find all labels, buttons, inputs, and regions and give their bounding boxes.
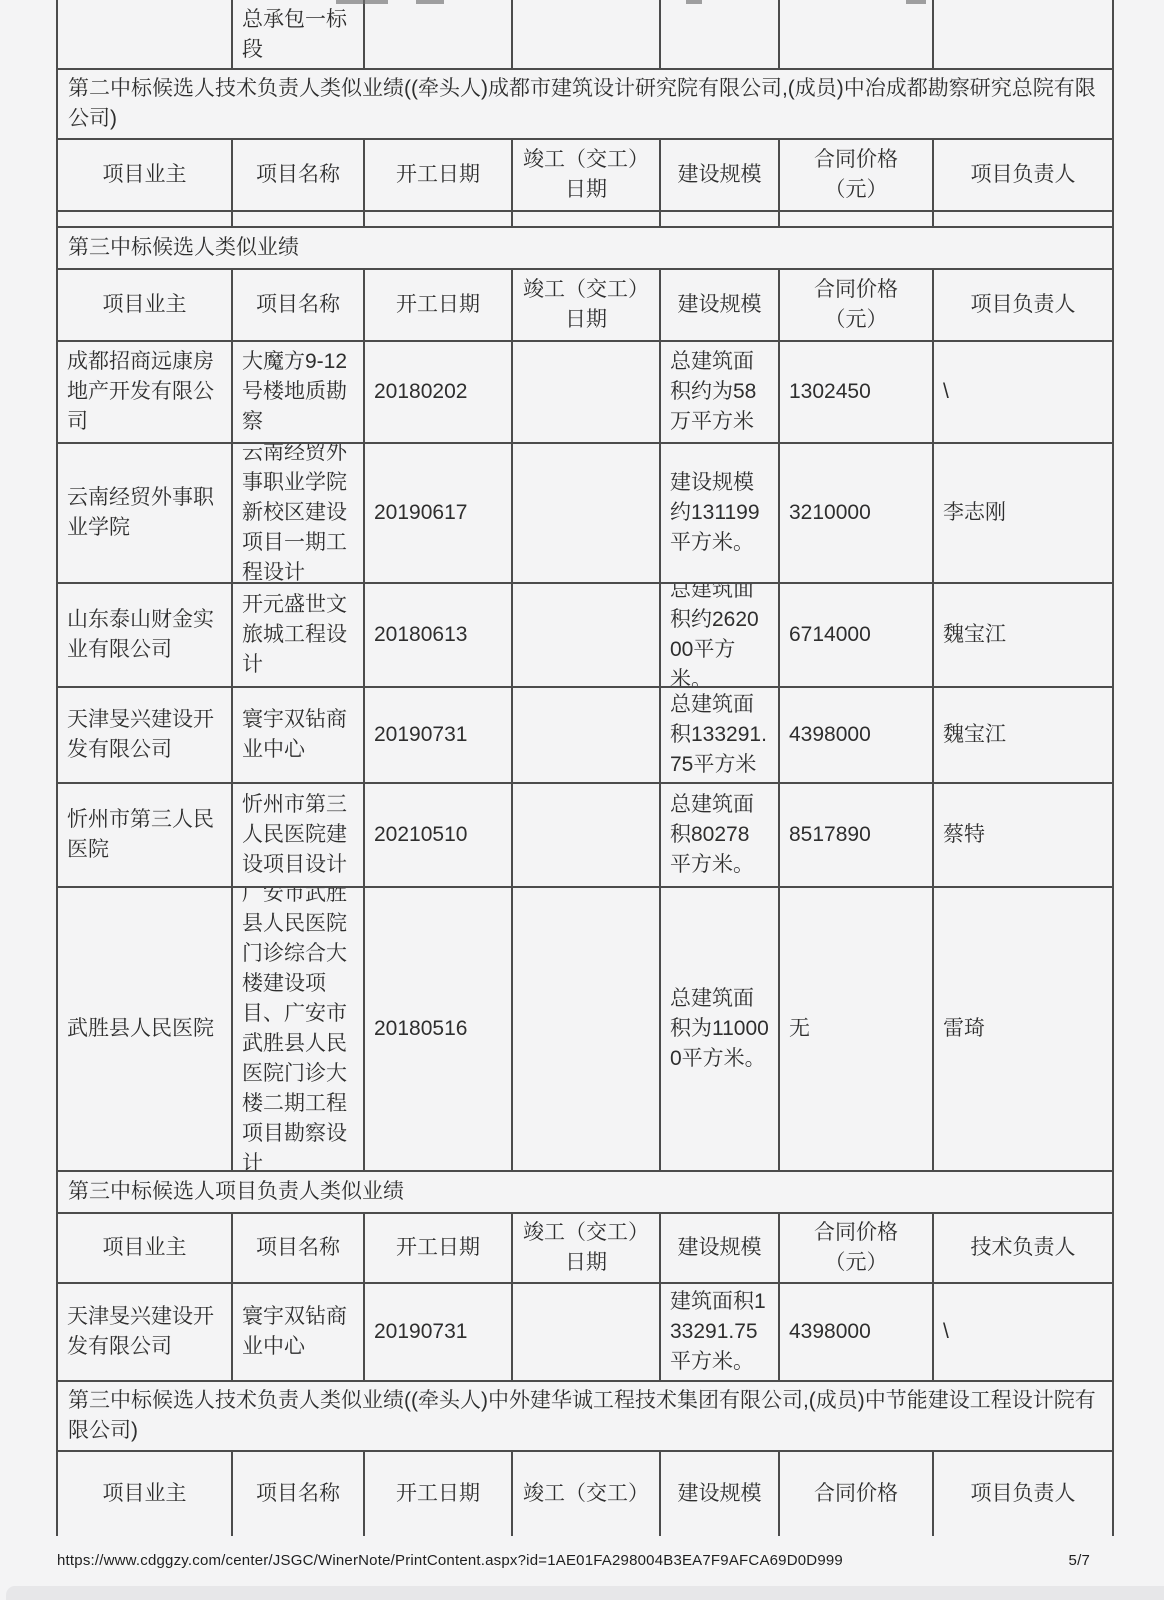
- header-project-name: 项目名称: [233, 1452, 365, 1536]
- cell-completion-date: [513, 342, 661, 442]
- cell-start-date: 20180516: [365, 888, 513, 1170]
- header-project-owner: 项目业主: [58, 1452, 233, 1536]
- header-completion-date: 竣工（交工） 日期: [513, 270, 661, 340]
- cell-contract-price: 6714000: [780, 584, 934, 686]
- header-project-leader: 项目负责人: [934, 1452, 1112, 1536]
- cell-completion-date: [513, 1284, 661, 1380]
- cell-completion-date: [513, 784, 661, 886]
- header-build-scale: 建设规模: [661, 140, 780, 210]
- section-title-third-candidate-project-leader: 第三中标候选人项目负责人类似业绩: [58, 1172, 1112, 1214]
- section-title-text: 第三中标候选人项目负责人类似业绩: [68, 1177, 404, 1207]
- header-start-date: 开工日期: [365, 140, 513, 210]
- header-build-scale: 建设规模: [661, 1452, 780, 1536]
- cell-project-owner: 天津旻兴建设开发有限公司: [58, 688, 233, 782]
- cell-build-scale: 总建筑面积80278平方米。: [661, 784, 780, 886]
- cell-project-name: 寰宇双钻商业中心: [233, 1284, 365, 1380]
- cell-project-owner: 忻州市第三人民医院: [58, 784, 233, 886]
- cell-build-scale: 总建筑面积约为58万平方米: [661, 342, 780, 442]
- header-tech-leader: 技术负责人: [934, 1214, 1112, 1282]
- cell-project-name: 寰宇双钻商业中心: [233, 688, 365, 782]
- cell-project-leader: 魏宝江: [934, 688, 1112, 782]
- header-project-owner: 项目业主: [58, 1214, 233, 1282]
- cell-project-name: 云南经贸外事职业学院新校区建设项目一期工程设计: [233, 444, 365, 582]
- footer-url: https://www.cdggzy.com/center/JSGC/Winer…: [57, 1552, 843, 1569]
- cell-project-owner: [58, 212, 233, 226]
- page-indicator: 5/7: [1069, 1552, 1090, 1569]
- header-contract-price: 合同价格 （元）: [780, 270, 934, 340]
- cell-tech-leader: \: [934, 1284, 1112, 1380]
- header-project-owner: 项目业主: [58, 140, 233, 210]
- header-completion-date: 竣工（交工） 日期: [513, 1214, 661, 1282]
- cell-contract-price: [780, 0, 934, 68]
- cell-project-name: 忻州市第三人民医院建设项目设计: [233, 784, 365, 886]
- cell-build-scale: 总建筑面积约262000平方米。: [661, 584, 780, 686]
- cell-project-leader: \: [934, 342, 1112, 442]
- cell-project-name: 大魔方9-12号楼地质勘察: [233, 342, 365, 442]
- cell-project-owner: 山东泰山财金实业有限公司: [58, 584, 233, 686]
- section-title-second-candidate-tech-leader: 第二中标候选人技术负责人类似业绩((牵头人)成都市建筑设计研究院有限公司,(成员…: [58, 70, 1112, 140]
- cell-project-name: 总承包一标 段: [233, 0, 365, 68]
- header-build-scale: 建设规模: [661, 270, 780, 340]
- cell-contract-price: [780, 212, 934, 226]
- cell-completion-date: [513, 0, 661, 68]
- table-row: 云南经贸外事职业学院 云南经贸外事职业学院新校区建设项目一期工程设计 20190…: [58, 444, 1112, 584]
- cell-contract-price: 4398000: [780, 688, 934, 782]
- cell-project-name: 开元盛世文旅城工程设计: [233, 584, 365, 686]
- header-project-name: 项目名称: [233, 1214, 365, 1282]
- section-title-third-candidate: 第三中标候选人类似业绩: [58, 228, 1112, 270]
- table-header-row: 项目业主 项目名称 开工日期 竣工（交工） 日期 建设规模 合同价格 （元） 项…: [58, 270, 1112, 342]
- cell-project-leader: [934, 0, 1112, 68]
- table-row-empty: [58, 212, 1112, 228]
- cell-build-scale: [661, 212, 780, 226]
- section-title-third-candidate-tech-leader: 第三中标候选人技术负责人类似业绩((牵头人)中外建华诚工程技术集团有限公司,(成…: [58, 1382, 1112, 1452]
- header-contract-price: 合同价格: [780, 1452, 934, 1536]
- cell-contract-price: 8517890: [780, 784, 934, 886]
- cell-start-date: [365, 212, 513, 226]
- table-row: 天津旻兴建设开发有限公司 寰宇双钻商业中心 20190731 总建筑面积1332…: [58, 688, 1112, 784]
- cell-contract-price: 1302450: [780, 342, 934, 442]
- cell-start-date: 20210510: [365, 784, 513, 886]
- table-row: 忻州市第三人民医院 忻州市第三人民医院建设项目设计 20210510 总建筑面积…: [58, 784, 1112, 888]
- header-start-date: 开工日期: [365, 1452, 513, 1536]
- cell-project-owner: 天津旻兴建设开发有限公司: [58, 1284, 233, 1380]
- cut-text-fragment: [906, 0, 926, 4]
- header-start-date: 开工日期: [365, 1214, 513, 1282]
- cell-completion-date: [513, 212, 661, 226]
- cell-project-leader: 雷琦: [934, 888, 1112, 1170]
- cell-completion-date: [513, 888, 661, 1170]
- cell-completion-date: [513, 584, 661, 686]
- cell-project-owner: 成都招商远康房地产开发有限公司: [58, 342, 233, 442]
- header-project-owner: 项目业主: [58, 270, 233, 340]
- cell-start-date: 20190617: [365, 444, 513, 582]
- cut-text-fragment: [336, 0, 388, 4]
- table-row: 武胜县人民医院 广安市武胜县人民医院门诊综合大楼建设项目、广安市武胜县人民医院门…: [58, 888, 1112, 1172]
- cell-contract-price: 无: [780, 888, 934, 1170]
- table-header-row-partial: 项目业主 项目名称 开工日期 竣工（交工） 建设规模 合同价格 项目负责人: [58, 1452, 1112, 1536]
- cell-project-name: [233, 212, 365, 226]
- cut-text-fragment: [416, 0, 444, 4]
- section-title-text: 第二中标候选人技术负责人类似业绩((牵头人)成都市建筑设计研究院有限公司,(成员…: [68, 74, 1102, 134]
- header-start-date: 开工日期: [365, 270, 513, 340]
- cell-project-leader: 蔡特: [934, 784, 1112, 886]
- cell-project-owner: [58, 0, 233, 68]
- header-project-name: 项目名称: [233, 140, 365, 210]
- header-project-leader: 项目负责人: [934, 270, 1112, 340]
- header-project-name: 项目名称: [233, 270, 365, 340]
- cell-contract-price: 3210000: [780, 444, 934, 582]
- section-title-text: 第三中标候选人技术负责人类似业绩((牵头人)中外建华诚工程技术集团有限公司,(成…: [68, 1386, 1102, 1446]
- table-row-partial-top: 总承包一标 段: [58, 0, 1112, 70]
- header-completion-date: 竣工（交工）: [513, 1452, 661, 1536]
- header-completion-date: 竣工（交工） 日期: [513, 140, 661, 210]
- table-row: 成都招商远康房地产开发有限公司 大魔方9-12号楼地质勘察 20180202 总…: [58, 342, 1112, 444]
- cell-start-date: 20180202: [365, 342, 513, 442]
- cell-start-date: [365, 0, 513, 68]
- cell-project-name: 广安市武胜县人民医院门诊综合大楼建设项目、广安市武胜县人民医院门诊大楼二期工程项…: [233, 888, 365, 1170]
- cell-project-owner: 武胜县人民医院: [58, 888, 233, 1170]
- cell-build-scale: 建筑面积133291.75平方米。: [661, 1284, 780, 1380]
- table-header-row: 项目业主 项目名称 开工日期 竣工（交工） 日期 建设规模 合同价格 （元） 项…: [58, 140, 1112, 212]
- cell-project-leader: [934, 212, 1112, 226]
- next-page-edge: [6, 1586, 1164, 1600]
- header-project-leader: 项目负责人: [934, 140, 1112, 210]
- cell-completion-date: [513, 444, 661, 582]
- cell-project-owner: 云南经贸外事职业学院: [58, 444, 233, 582]
- table-header-row: 项目业主 项目名称 开工日期 竣工（交工） 日期 建设规模 合同价格 （元） 技…: [58, 1214, 1112, 1284]
- cell-build-scale: 总建筑面积为110000平方米。: [661, 888, 780, 1170]
- cut-text-fragment: [686, 0, 702, 4]
- cell-build-scale: 总建筑面积133291.75平方米: [661, 688, 780, 782]
- header-contract-price: 合同价格 （元）: [780, 140, 934, 210]
- bid-performance-table: 总承包一标 段 第二中标候选人技术负责人类似业绩((牵头人)成都市建筑设计研究院…: [56, 0, 1114, 1536]
- header-build-scale: 建设规模: [661, 1214, 780, 1282]
- cell-project-leader: 魏宝江: [934, 584, 1112, 686]
- cell-build-scale: 建设规模约131199平方米。: [661, 444, 780, 582]
- cell-start-date: 20190731: [365, 688, 513, 782]
- cell-project-leader: 李志刚: [934, 444, 1112, 582]
- table-row: 山东泰山财金实业有限公司 开元盛世文旅城工程设计 20180613 总建筑面积约…: [58, 584, 1112, 688]
- cell-contract-price: 4398000: [780, 1284, 934, 1380]
- header-contract-price: 合同价格 （元）: [780, 1214, 934, 1282]
- print-footer: https://www.cdggzy.com/center/JSGC/Winer…: [57, 1552, 1090, 1569]
- section-title-text: 第三中标候选人类似业绩: [68, 233, 299, 263]
- cell-start-date: 20180613: [365, 584, 513, 686]
- cell-build-scale: [661, 0, 780, 68]
- cell-start-date: 20190731: [365, 1284, 513, 1380]
- table-row: 天津旻兴建设开发有限公司 寰宇双钻商业中心 20190731 建筑面积13329…: [58, 1284, 1112, 1382]
- cell-completion-date: [513, 688, 661, 782]
